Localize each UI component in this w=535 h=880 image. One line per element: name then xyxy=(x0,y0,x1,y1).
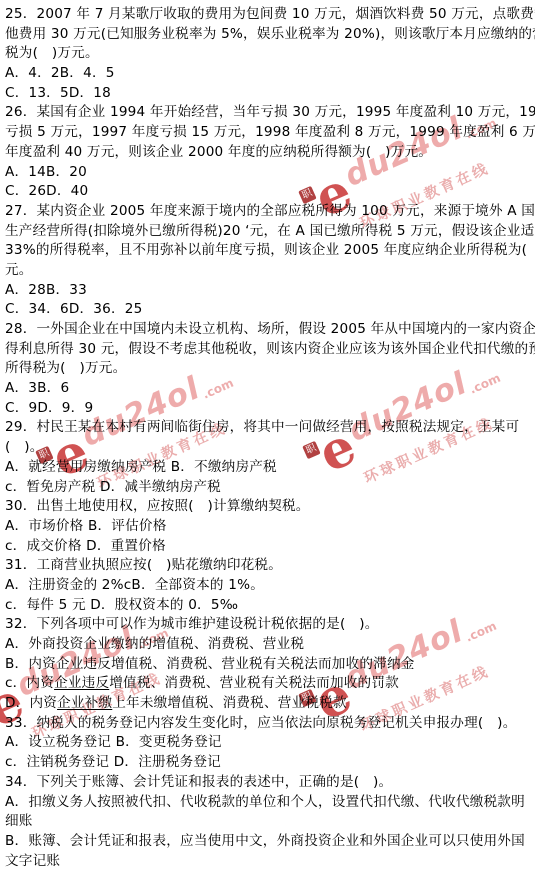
text-line: 25．2007 年 7 月某歌厅收取的费用为包间费 10 万元，烟酒饮料费 50… xyxy=(5,5,533,25)
question-text-block: 25．2007 年 7 月某歌厅收取的费用为包间费 10 万元，烟酒饮料费 50… xyxy=(5,5,533,871)
answer-options-line: C．13．5D．18 xyxy=(5,84,533,104)
text-line: 税为( )万元。 xyxy=(5,44,533,64)
answer-options-line: A．14B．20 xyxy=(5,163,533,183)
answer-options-line: B．账簿、会计凭证和报表，应当使用中文，外商投资企业和外国企业可以只使用外国 xyxy=(5,832,533,852)
text-line: 他费用 30 万元(已知服务业税率为 5%，娱乐业税率为 20%)，则该歌厅本月… xyxy=(5,25,533,45)
text-line: 31．工商营业执照应按( )贴花缴纳印花税。 xyxy=(5,556,533,576)
text-line: 亏损 5 万元，1997 年度亏损 15 万元，1998 年度盈利 8 万元，1… xyxy=(5,123,533,143)
option-text: 增值税、消费税、营业税有关税法而加收的罚款 xyxy=(109,675,399,691)
answer-options-line: c．每件 5 元 D．股权资本的 0．5‰ xyxy=(5,596,533,616)
answer-options-line: c．注销税务登记 D．注册税务登记 xyxy=(5,753,533,773)
text-line: 27．某内资企业 2005 年度来源于境内的全部应税所得为 100 万元，来源于… xyxy=(5,202,533,222)
text-line: 33．纳税人的税务登记内容发生变化时，应当依法向原税务登记机关申报办理( )。 xyxy=(5,714,533,734)
text-line: 元。 xyxy=(5,261,533,281)
text-line: 26．某国有企业 1994 年开始经营，当年亏损 30 万元，1995 年度盈利… xyxy=(5,103,533,123)
answer-options-line: B．内资企业违反增值税、消费税、营业税有关税法而加收的滞纳金 xyxy=(5,655,533,675)
answer-options-line: A．外商投资企业缴纳的增值税、消费税、营业税 xyxy=(5,635,533,655)
text-line: 30．出售土地使用权，应按照( )计算缴纳契税。 xyxy=(5,497,533,517)
option-text: 上年未缴增值税、消费税、营业税税款 xyxy=(112,695,347,711)
answer-options-line: 文字记账 xyxy=(5,852,533,872)
text-line: 年度盈利 40 万元，则该企业 2000 年度的应纳税所得额为( )万元。 xyxy=(5,143,533,163)
text-line: 33%的所得税率，且不用弥补以前年度亏损，则该企业 2005 年度应纳企业所得税… xyxy=(5,241,533,261)
text-line: ( )。 xyxy=(5,438,533,458)
underlined-text: 企业违反 xyxy=(54,675,109,691)
answer-options-line: A．注册资金的 2%cB．全部资本的 1%。 xyxy=(5,576,533,596)
answer-options-line: C．26D．40 xyxy=(5,182,533,202)
answer-options-line: A．就经营用房缴纳房产税 B．不缴纳房产税 xyxy=(5,458,533,478)
answer-options-line: A．28B．33 xyxy=(5,281,533,301)
option-text: D．内资 xyxy=(5,695,57,711)
text-line: 所得税为( )万元。 xyxy=(5,359,533,379)
answer-options-line: A．设立税务登记 B．变更税务登记 xyxy=(5,733,533,753)
answer-options-line: A．市场价格 B．评估价格 xyxy=(5,517,533,537)
answer-options-line: c．成交价格 D．重置价格 xyxy=(5,537,533,557)
exam-document: { "page": { "background": "#ffffff", "te… xyxy=(0,0,535,880)
answer-options-line: A．扣缴义务人按照被代扣、代收税款的单位和个人，设置代扣代缴、代收代缴税款明 xyxy=(5,793,533,813)
option-text: c．内资 xyxy=(5,675,54,691)
answer-options-line: c．内资企业违反增值税、消费税、营业税有关税法而加收的罚款 xyxy=(5,674,533,694)
answer-options-line: C．34．6D．36．25 xyxy=(5,300,533,320)
answer-options-line: 细账 xyxy=(5,812,533,832)
answer-options-line: A．3B．6 xyxy=(5,379,533,399)
answer-options-line: A．4．2B．4．5 xyxy=(5,64,533,84)
text-line: 生产经营所得(扣除境外已缴所得税)20 ‘元，在 A 国已缴所得税 5 万元，假… xyxy=(5,222,533,242)
answer-options-line: C．9D．9．9 xyxy=(5,399,533,419)
text-line: 34．下列关于账簿、会计凭证和报表的表述中，正确的是( )。 xyxy=(5,773,533,793)
answer-options-line: D．内资企业补缴上年未缴增值税、消费税、营业税税款 xyxy=(5,694,533,714)
text-line: 29．村民王某在本村有两间临街住房，将其中一问做经营用，按照税法规定，王某可 xyxy=(5,418,533,438)
text-line: 28．一外国企业在中国境内未设立机构、场所，假设 2005 年从中国境内的一家内… xyxy=(5,320,533,340)
answer-options-line: c．暂免房产税 D．减半缴纳房产税 xyxy=(5,478,533,498)
underlined-text: 企业补缴 xyxy=(57,695,112,711)
text-line: 得利息所得 30 元，假设不考虑其他税收，则该内资企业应该为该外国企业代扣代缴的… xyxy=(5,340,533,360)
text-line: 32．下列各项中可以作为城市维护建设税计税依据的是( )。 xyxy=(5,615,533,635)
